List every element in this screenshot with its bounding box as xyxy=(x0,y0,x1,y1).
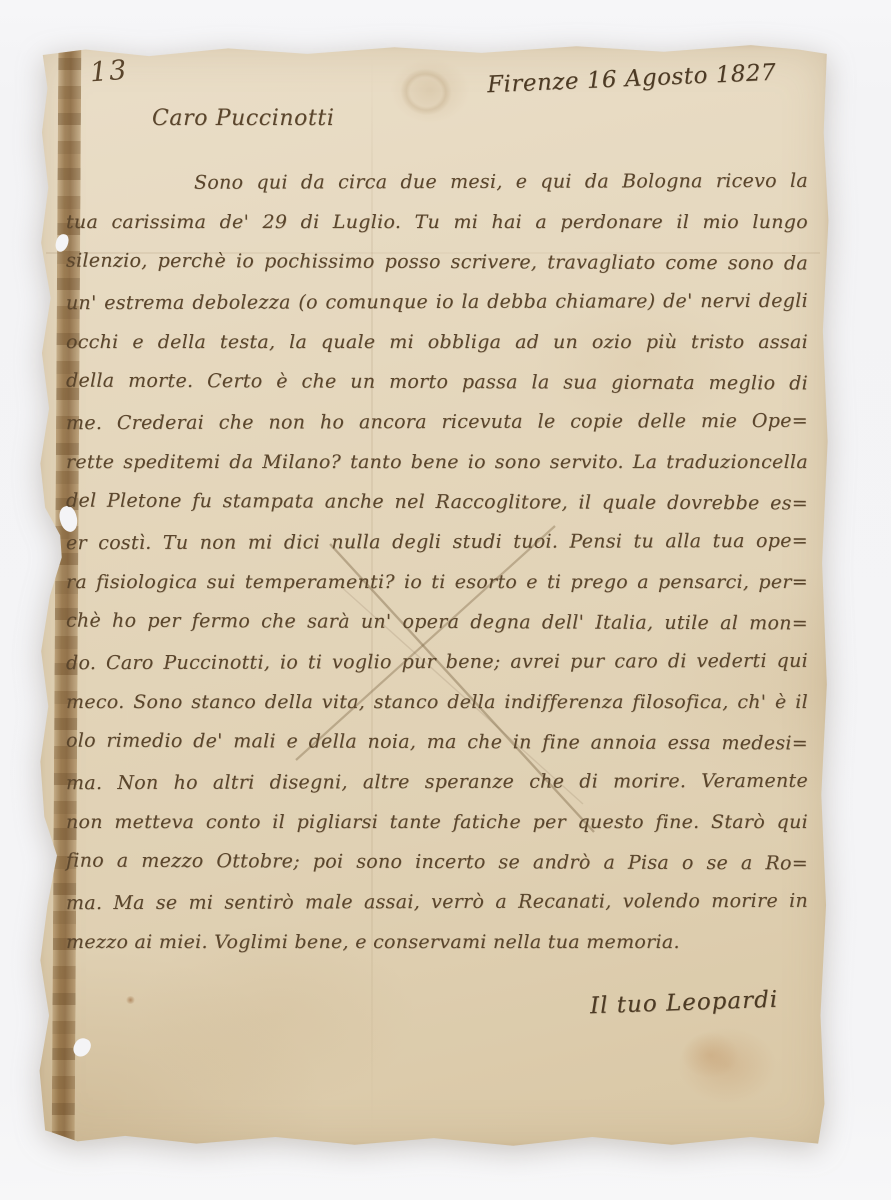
letter-body: Sono qui da circa due mesi, e qui da Bol… xyxy=(66,162,808,962)
embossed-seal-mark xyxy=(388,57,463,128)
letter-line: del Pletone fu stampata anche nel Raccog… xyxy=(66,481,808,524)
letter-line: meco. Sono stanco della vita, stanco del… xyxy=(66,682,808,722)
letter-line: mezzo ai miei. Voglimi bene, e conservam… xyxy=(66,922,808,962)
letter-line: fino a mezzo Ottobre; poi sono incerto s… xyxy=(66,841,808,884)
photo-backdrop: 13 Firenze 16 Agosto 1827 Caro Puccinott… xyxy=(0,0,891,1200)
letter-paper: 13 Firenze 16 Agosto 1827 Caro Puccinott… xyxy=(38,44,830,1148)
blot-stain xyxy=(674,1026,746,1084)
letter-line: tua carissima de' 29 di Luglio. Tu mi ha… xyxy=(66,202,808,242)
letter-line: ma. Ma se mi sentirò male assai, verrò a… xyxy=(66,881,808,923)
letter-line: Sono qui da circa due mesi, e qui da Bol… xyxy=(66,161,808,203)
letter-line: chè ho per fermo che sarà un' opera degn… xyxy=(66,601,808,644)
letter-line: rette speditemi da Milano? tanto bene io… xyxy=(66,442,808,482)
letter-line: ra fisiologica sui temperamenti? io ti e… xyxy=(66,562,808,602)
letter-line: occhi e della testa, la quale mi obbliga… xyxy=(66,322,808,362)
dateline: Firenze 16 Agosto 1827 xyxy=(486,60,776,99)
letter-line: della morte. Certo è che un morto passa … xyxy=(66,361,808,404)
letter-line: non metteva conto il pigliarsi tante fat… xyxy=(66,802,808,842)
letter-line: me. Crederai che non ho ancora ricevuta … xyxy=(66,401,808,443)
salutation: Caro Puccinotti xyxy=(152,106,335,131)
letter-line: un' estrema debolezza (o comunque io la … xyxy=(66,281,808,323)
letter-line: ma. Non ho altri disegni, altre speranze… xyxy=(66,761,808,803)
letter-line: er costì. Tu non mi dici nulla degli stu… xyxy=(66,521,808,563)
letter-line: do. Caro Puccinotti, io ti voglio pur be… xyxy=(66,641,808,683)
signature: Il tuo Leopardi xyxy=(589,987,778,1020)
letter-paper-wrap: 13 Firenze 16 Agosto 1827 Caro Puccinott… xyxy=(38,44,830,1148)
ink-spot-stain xyxy=(126,996,135,1004)
page-number: 13 xyxy=(89,55,129,89)
letter-line: olo rimedio de' mali e della noia, ma ch… xyxy=(66,721,808,764)
letter-line: silenzio, perchè io pochissimo posso scr… xyxy=(66,241,808,284)
